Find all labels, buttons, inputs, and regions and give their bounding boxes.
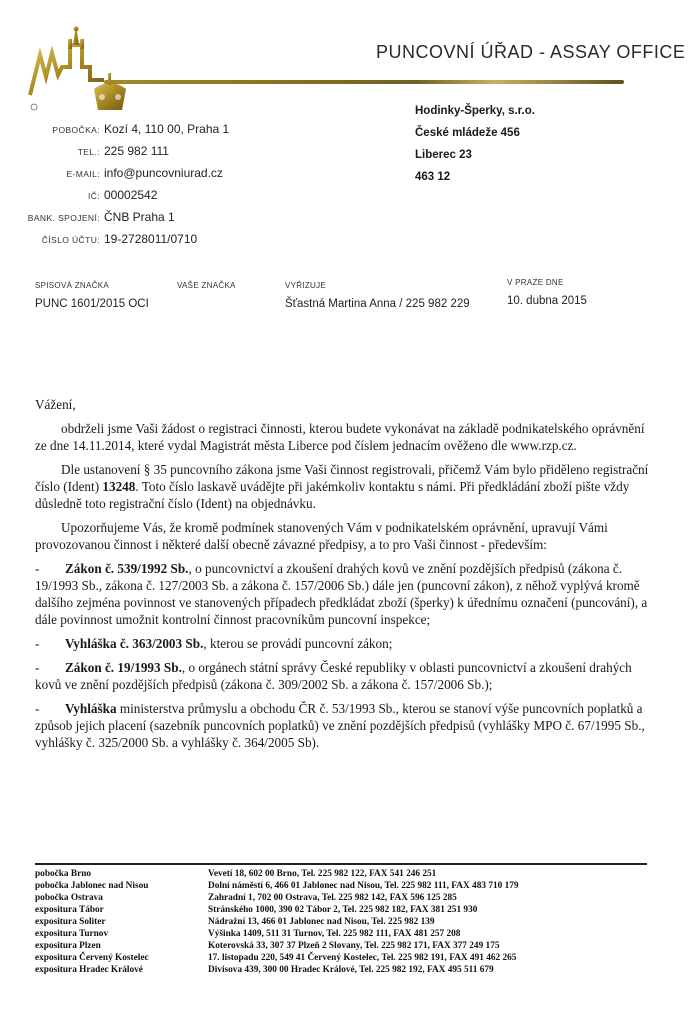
letter-date: V PRAZE DNE 10. dubna 2015 [507, 278, 587, 307]
sender-row-branch: POBOČKA:Kozí 4, 110 00, Praha 1 [0, 122, 330, 144]
your-reference: VAŠE ZNAČKA [177, 281, 236, 298]
law-item: -Vyhláška č. 363/2003 Sb., kterou se pro… [35, 635, 650, 652]
sender-info: POBOČKA:Kozí 4, 110 00, Praha 1 TEL.:225… [0, 122, 330, 254]
law-item: -Zákon č. 539/1992 Sb., o puncovnictví a… [35, 560, 650, 628]
branch-row: pobočka OstravaZahradní 1, 702 00 Ostrav… [35, 892, 675, 904]
salutation: Vážení, [35, 396, 650, 413]
law-item: -Vyhláška ministerstva průmyslu a obchod… [35, 700, 650, 751]
branch-row: pobočka Jablonec nad NisouDolní náměstí … [35, 880, 675, 892]
footer-divider [35, 863, 647, 865]
office-title: PUNCOVNÍ ÚŘAD - ASSAY OFFICE [376, 42, 685, 63]
sender-row-email: E-MAIL:info@puncovniurad.cz [0, 166, 330, 188]
paragraph-registration: Dle ustanovení § 35 puncovního zákona js… [35, 461, 650, 512]
recipient-name: Hodinky-Šperky, s.r.o. [415, 100, 535, 122]
assay-office-logo-icon [22, 15, 172, 115]
paragraph-notice: Upozorňujeme Vás, že kromě podmínek stan… [35, 519, 650, 553]
email-link[interactable]: info@puncovniurad.cz [104, 166, 223, 180]
branch-row: expositura Červený Kostelec17. listopadu… [35, 952, 675, 964]
sender-row-ic: IČ:00002542 [0, 188, 330, 210]
law-item: -Zákon č. 19/1993 Sb., o orgánech státní… [35, 659, 650, 693]
recipient-street: České mládeže 456 [415, 122, 535, 144]
sender-row-tel: TEL.:225 982 111 [0, 144, 330, 166]
letterhead-gold-rule [104, 80, 624, 84]
sender-row-bank: BANK. SPOJENÍ:ČNB Praha 1 [0, 210, 330, 232]
branch-row: expositura TurnovVýšinka 1409, 511 31 Tu… [35, 928, 675, 940]
recipient-city: Liberec 23 [415, 144, 535, 166]
paragraph-request: obdrželi jsme Vaši žádost o registraci č… [35, 420, 650, 454]
ident-number: 13248 [102, 479, 135, 494]
recipient-zip: 463 12 [415, 166, 535, 188]
letter-body: Vážení, obdrželi jsme Vaši žádost o regi… [35, 396, 650, 751]
recipient-address: Hodinky-Šperky, s.r.o. České mládeže 456… [415, 100, 535, 188]
branch-row: expositura TáborStránského 1000, 390 02 … [35, 904, 675, 916]
sender-row-account: ČÍSLO ÚČTU:19-2728011/0710 [0, 232, 330, 254]
file-reference: SPISOVÁ ZNAČKA PUNC 1601/2015 OCI [35, 281, 149, 310]
branch-row: expositura SoliterNádražní 13, 466 01 Ja… [35, 916, 675, 928]
branch-row: pobočka BrnoVevetí 18, 602 00 Brno, Tel.… [35, 868, 675, 880]
branch-row: expositura Hradec KrálovéDivisova 439, 3… [35, 964, 675, 976]
branch-row: expositura PlzenKoterovská 33, 307 37 Pl… [35, 940, 675, 952]
branch-list: pobočka BrnoVevetí 18, 602 00 Brno, Tel.… [35, 868, 675, 976]
handled-by: VYŘIZUJE Šťastná Martina Anna / 225 982 … [285, 281, 470, 310]
